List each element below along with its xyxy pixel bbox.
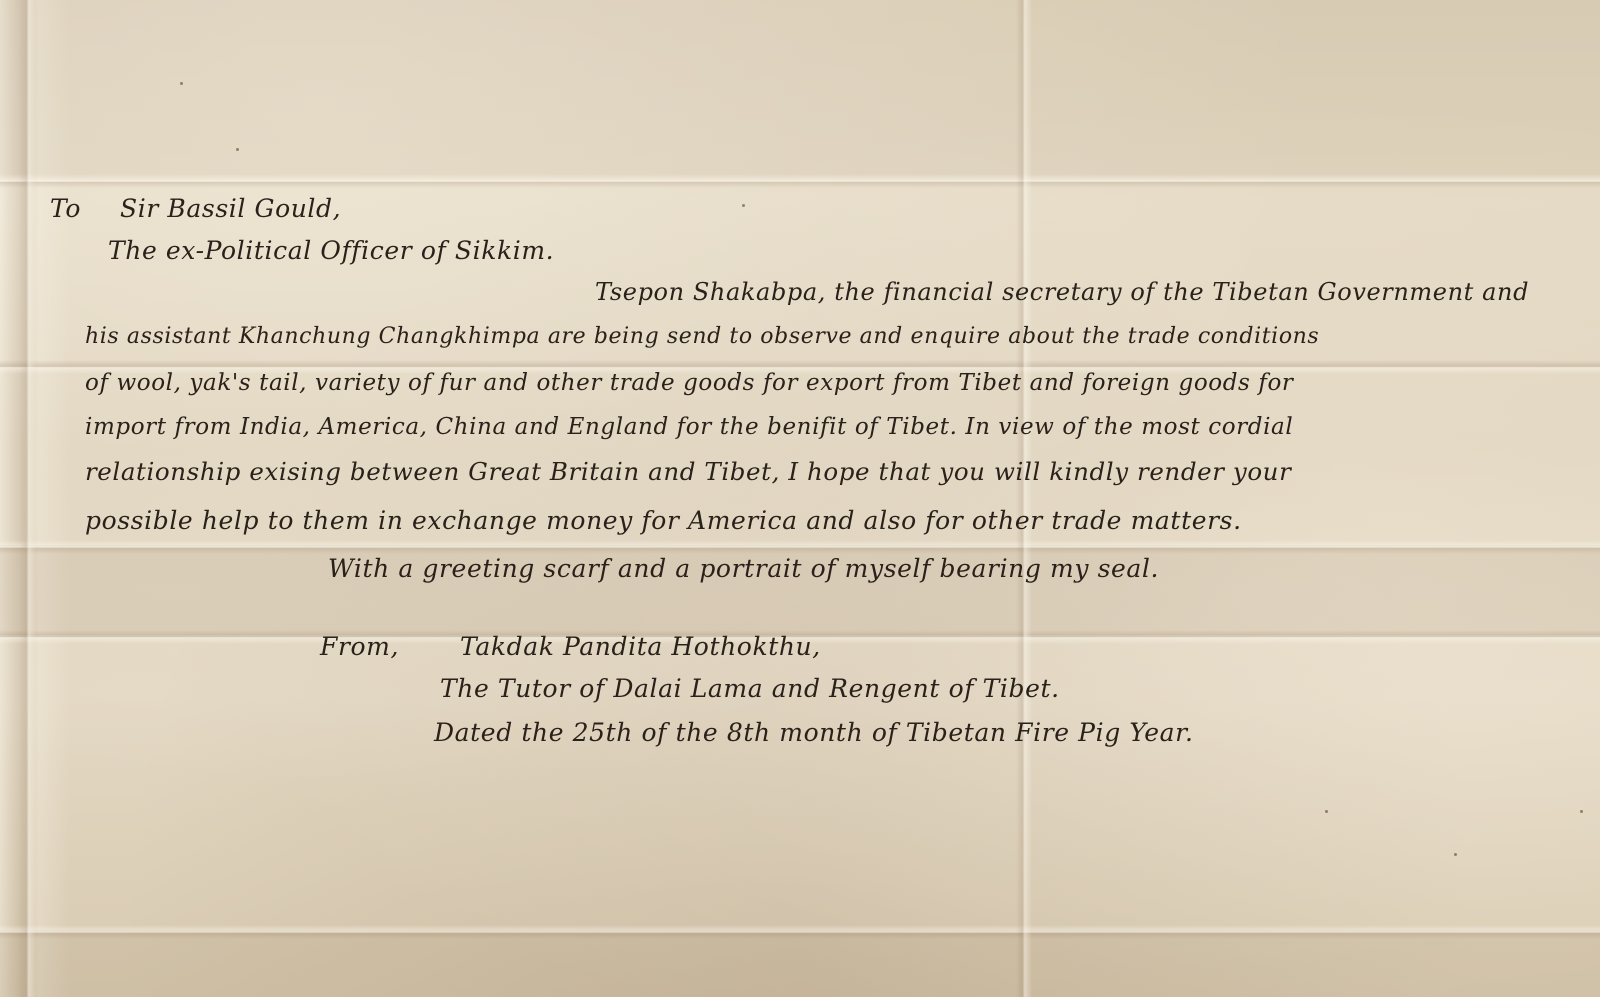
body-line: import from India, America, China and En… bbox=[85, 416, 1293, 439]
from-label: From, bbox=[320, 634, 399, 659]
body-line: relationship exising between Great Brita… bbox=[85, 460, 1291, 485]
fold-crease bbox=[0, 174, 1600, 188]
body-line: of wool, yak's tail, variety of fur and … bbox=[85, 372, 1294, 395]
paper-speck bbox=[1454, 853, 1457, 856]
date-line: Dated the 25th of the 8th month of Tibet… bbox=[434, 720, 1194, 745]
paper-speck bbox=[180, 82, 183, 85]
fold-panel-shade bbox=[0, 0, 1600, 180]
recipient-name: Sir Bassil Gould, bbox=[120, 196, 341, 221]
recipient-title: The ex-Political Officer of Sikkim. bbox=[108, 238, 554, 263]
paper-speck bbox=[1325, 810, 1328, 813]
body-line: possible help to them in exchange money … bbox=[85, 508, 1242, 533]
letter-paper: To Sir Bassil Gould, The ex-Political Of… bbox=[0, 0, 1600, 997]
paper-speck bbox=[1580, 810, 1583, 813]
fold-crease-vertical bbox=[1016, 0, 1032, 997]
salutation-to-label: To bbox=[50, 196, 81, 221]
paper-speck bbox=[236, 148, 239, 151]
body-line: his assistant Khanchung Changkhimpa are … bbox=[85, 326, 1319, 348]
fold-crease-vertical bbox=[20, 0, 36, 997]
fold-crease bbox=[0, 540, 1600, 554]
fold-panel-shade bbox=[0, 930, 1600, 997]
paper-speck bbox=[742, 204, 745, 207]
sender-title: The Tutor of Dalai Lama and Rengent of T… bbox=[440, 676, 1060, 701]
fold-crease bbox=[0, 925, 1600, 939]
body-line: Tsepon Shakabpa, the financial secretary… bbox=[595, 280, 1529, 304]
sender-name: Takdak Pandita Hothokthu, bbox=[460, 634, 821, 659]
closing-line: With a greeting scarf and a portrait of … bbox=[328, 556, 1159, 581]
